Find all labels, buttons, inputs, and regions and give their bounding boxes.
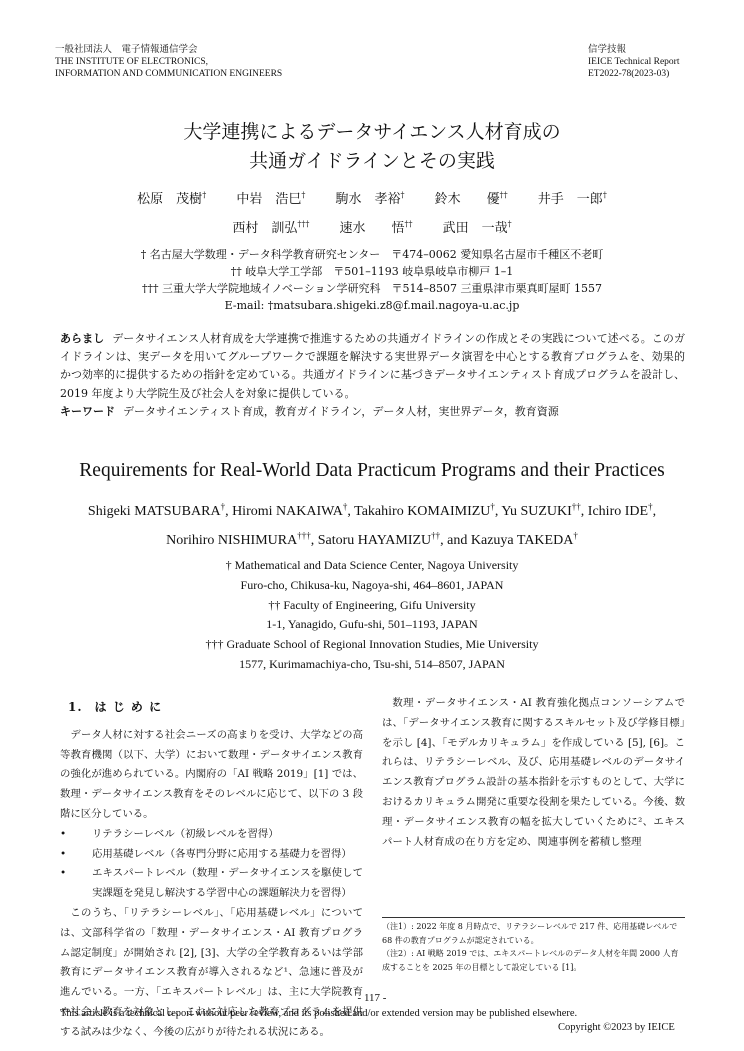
author-ja: 鈴木 優†† bbox=[435, 192, 508, 207]
title-ja-line-1: 大学連携によるデータサイエンス人材育成の bbox=[0, 118, 744, 147]
footnote: （注2）: AI 戦略 2019 では、エキスパートレベルのデータ人材を年間 2… bbox=[382, 947, 685, 974]
society-name-ja: 一般社団法人 電子情報通信学会 bbox=[55, 44, 282, 56]
affiliations-en: † Mathematical and Data Science Center, … bbox=[0, 556, 744, 675]
affiliation-address-en: 1577, Kurimamachiya-cho, Tsu-shi, 514–85… bbox=[0, 655, 744, 675]
author-en: Satoru HAYAMIZU††, and bbox=[318, 533, 471, 548]
author-ja: 松原 茂樹† bbox=[137, 192, 206, 207]
abstract-label: あらまし bbox=[60, 332, 104, 345]
affiliation-en: ††† Graduate School of Regional Innovati… bbox=[0, 635, 744, 655]
author-en: Takahiro KOMAIMIZU†, bbox=[354, 504, 501, 519]
society-header: 一般社団法人 電子情報通信学会 THE INSTITUTE OF ELECTRO… bbox=[55, 44, 282, 80]
author-ja: 駒水 孝裕† bbox=[335, 192, 404, 207]
paragraph: 数理・データサイエンス・AI 教育強化拠点コンソーシアムでは、「データサイエンス… bbox=[382, 694, 685, 852]
paper-title-ja: 大学連携によるデータサイエンス人材育成の 共通ガイドラインとその実践 bbox=[0, 118, 744, 176]
footnote-divider bbox=[382, 917, 685, 918]
bullet-item: •応用基礎レベル（各専門分野に応用する基礎力を習得） bbox=[60, 845, 363, 865]
affiliation-ja: ††† 三重大学大学院地域イノベーション学研究科 〒514–8507 三重県津市… bbox=[0, 280, 744, 297]
bullet-item: •リテラシーレベル（初級レベルを習得） bbox=[60, 825, 363, 845]
affiliation-en: †† Faculty of Engineering, Gifu Universi… bbox=[0, 596, 744, 616]
paragraph: このうち、「リテラシーレベル」、「応用基礎レベル」については、文部科学省の「数理… bbox=[60, 904, 363, 1043]
society-name-en-2: INFORMATION AND COMMUNICATION ENGINEERS bbox=[55, 68, 282, 80]
society-name-en-1: THE INSTITUTE OF ELECTRONICS, bbox=[55, 56, 282, 68]
authors-en-line-1: Shigeki MATSUBARA†, Hiromi NAKAIWA†, Tak… bbox=[0, 497, 744, 521]
author-ja: 中岩 浩巳† bbox=[236, 192, 305, 207]
author-en: Yu SUZUKI††, bbox=[501, 504, 587, 519]
keywords-label: キーワード bbox=[60, 405, 115, 418]
paper-title-en: Requirements for Real-World Data Practic… bbox=[0, 458, 744, 484]
authors-ja-line-2: 西村 訓弘††† 速水 悟†† 武田 一哉† bbox=[0, 217, 744, 236]
affiliations-ja: † 名古屋大学数理・データ科学教育研究センター 〒474–0062 愛知県名古屋… bbox=[0, 246, 744, 314]
bullet-item: •エキスパートレベル（数理・データサイエンスを駆使して実課題を発見し解決する学習… bbox=[60, 864, 363, 904]
affiliation-en: † Mathematical and Data Science Center, … bbox=[0, 556, 744, 576]
affiliation-ja: †† 岐阜大学工学部 〒501–1193 岐阜県岐阜市柳戸 1–1 bbox=[0, 263, 744, 280]
author-ja: 速水 悟†† bbox=[339, 221, 412, 236]
author-en: Shigeki MATSUBARA†, bbox=[88, 504, 232, 519]
keywords: キーワードデータサイエンティスト育成，教育ガイドライン，データ人材，実世界データ… bbox=[60, 403, 685, 421]
author-en: Ichiro IDE†, bbox=[588, 504, 656, 519]
affiliation-address-en: Furo-cho, Chikusa-ku, Nagoya-shi, 464–86… bbox=[0, 576, 744, 596]
copyright: Copyright ©2023 by IEICE bbox=[558, 1022, 675, 1033]
abstract-text: データサイエンス人材育成を大学連携で推進するための共通ガイドラインの作成とその実… bbox=[60, 332, 685, 400]
author-ja: 武田 一哉† bbox=[443, 221, 512, 236]
affiliation-address-en: 1-1, Yanagido, Gufu-shi, 501–1193, JAPAN bbox=[0, 615, 744, 635]
author-ja: 西村 訓弘††† bbox=[232, 221, 309, 236]
footer-notice: This article is a technical report witho… bbox=[60, 1008, 577, 1019]
report-type-en: IEICE Technical Report bbox=[588, 56, 680, 68]
section-heading: 1.は じ め に bbox=[60, 698, 363, 718]
paragraph: データ人材に対する社会ニーズの高まりを受け、大学などの高等教育機関（以下、大学）… bbox=[60, 726, 363, 825]
abstract-ja: あらましデータサイエンス人材育成を大学連携で推進するための共通ガイドラインの作成… bbox=[60, 330, 685, 421]
footnote: （注1）: 2022 年度 8 月時点で、リテラシーレベルで 217 件、応用基… bbox=[382, 920, 685, 947]
report-type-ja: 信学技報 bbox=[588, 44, 680, 56]
footnotes: （注1）: 2022 年度 8 月時点で、リテラシーレベルで 217 件、応用基… bbox=[382, 920, 685, 974]
author-en: Kazuya TAKEDA† bbox=[471, 533, 578, 548]
title-ja-line-2: 共通ガイドラインとその実践 bbox=[0, 147, 744, 176]
report-id: ET2022-78(2023-03) bbox=[588, 68, 680, 80]
report-header: 信学技報 IEICE Technical Report ET2022-78(20… bbox=[588, 44, 680, 80]
authors-en-line-2: Norihiro NISHIMURA†††, Satoru HAYAMIZU††… bbox=[0, 526, 744, 550]
author-ja: 井手 一郎† bbox=[538, 192, 607, 207]
author-en: Hiromi NAKAIWA†, bbox=[232, 504, 354, 519]
contact-email: E-mail: †matsubara.shigeki.z8@f.mail.nag… bbox=[0, 297, 744, 314]
page-number: - 117 - bbox=[0, 992, 744, 1004]
body-column-left: 1.は じ め に データ人材に対する社会ニーズの高まりを受け、大学などの高等教… bbox=[60, 694, 363, 1043]
body-column-right: 数理・データサイエンス・AI 教育強化拠点コンソーシアムでは、「データサイエンス… bbox=[382, 694, 685, 852]
authors-ja-line-1: 松原 茂樹† 中岩 浩巳† 駒水 孝裕† 鈴木 優†† 井手 一郎† bbox=[0, 188, 744, 207]
affiliation-ja: † 名古屋大学数理・データ科学教育研究センター 〒474–0062 愛知県名古屋… bbox=[0, 246, 744, 263]
abstract-body: あらましデータサイエンス人材育成を大学連携で推進するための共通ガイドラインの作成… bbox=[60, 330, 685, 403]
author-en: Norihiro NISHIMURA†††, bbox=[166, 533, 318, 548]
keywords-text: データサイエンティスト育成，教育ガイドライン，データ人材，実世界データ，教育資源 bbox=[123, 405, 559, 418]
